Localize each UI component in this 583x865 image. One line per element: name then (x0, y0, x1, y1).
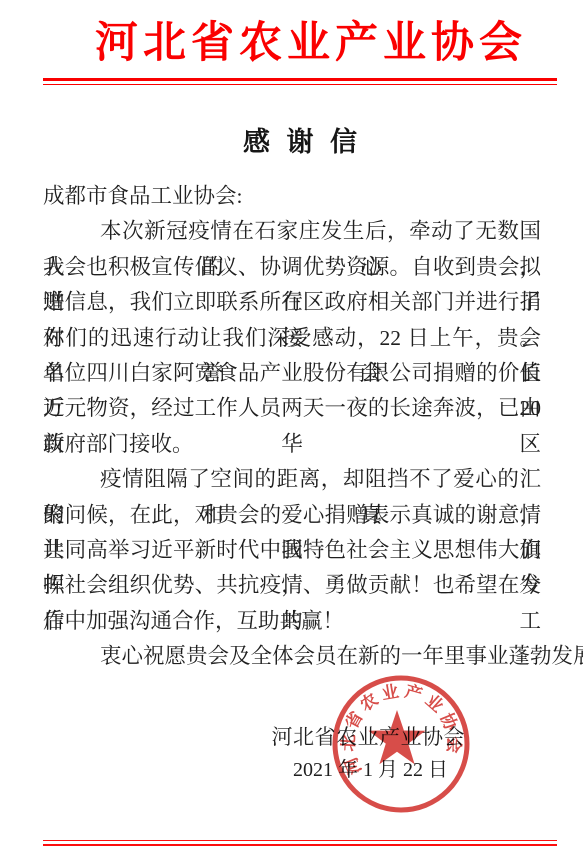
body-line: 我会也积极宣传倡议、协调优势资源。自收到贵会拟进行捐 (43, 250, 541, 285)
letterhead-org-name: 河北省农业产业协会 (95, 22, 527, 65)
letterhead-rule-thin (43, 84, 557, 85)
body-line: 共同高举习近平新时代中国特色社会主义思想伟大旗帜，发 (43, 533, 541, 568)
salutation: 成都市食品工业协会: (43, 179, 541, 214)
letterhead-rule-thick (43, 78, 557, 81)
footer-rule-thick (43, 844, 557, 846)
letter-page: 河北省农业产业协会 感 谢 信 成都市食品工业协会: 本次新冠疫情在石家庄发生后… (0, 0, 583, 865)
official-seal: 河北省农业产业协会 (331, 674, 471, 814)
letter-body: 成都市食品工业协会: 本次新冠疫情在石家庄发生后，牵动了无数国人的心， 我会也积… (43, 179, 541, 674)
body-line: 赠信息，我们立即联系所在区政府相关部门并进行了对接。 (43, 285, 541, 320)
body-line: 挥社会组织优势、共抗疫情、勇做贡献！也希望在今后的工 (43, 568, 541, 603)
letter-title: 感 谢 信 (43, 127, 557, 158)
star-icon (368, 710, 425, 764)
body-line: 衷心祝愿贵会及全体会员在新的一年里事业蓬勃发展！ (43, 639, 541, 674)
body-line: 本次新冠疫情在石家庄发生后，牵动了无数国人的心， (43, 214, 541, 249)
body-line: 单位四川白家阿宽食品产业股份有限公司捐赠的价值近 20 (43, 356, 541, 391)
footer-rule-thin (43, 840, 557, 841)
body-line: 万元物资，经过工作人员两天一夜的长途奔波，已由新华区 (43, 391, 541, 426)
body-line: 的问候，在此，对贵会的爱心捐赠表示真诚的谢意，让我们 (43, 498, 541, 533)
body-line: 你们的迅速行动让我们深受感动，22 日上午，贵会名誉会长 (43, 321, 541, 356)
body-line: 疫情阻隔了空间的距离，却阻挡不了爱心的汇聚和真情 (43, 462, 541, 497)
